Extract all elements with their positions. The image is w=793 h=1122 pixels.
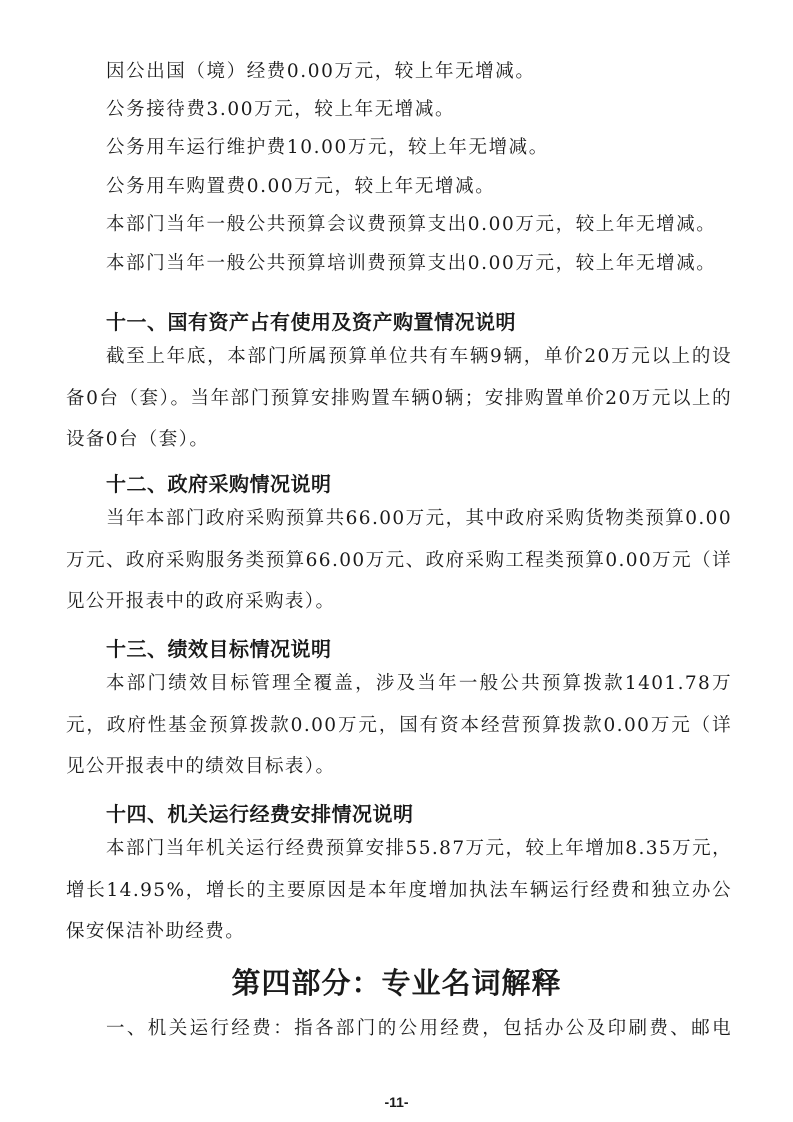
section-heading-state-assets: 十一、国有资产占有使用及资产购置情况说明 [106,309,516,335]
expense-line-overseas: 因公出国（境）经费0.00万元，较上年无增减。 [106,60,536,84]
section-body-operating-expenses: 本部门当年机关运行经费预算安排55.87万元，较上年增加8.35万元，增长14.… [66,828,732,953]
expense-line-vehicle-purchase: 公务用车购置费0.00万元，较上年无增减。 [106,175,495,199]
expense-line-training: 本部门当年一般公共预算培训费预算支出0.00万元，较上年无增减。 [106,252,716,276]
page-number: -11- [0,1093,793,1111]
section-body-state-assets: 截至上年底，本部门所属预算单位共有车辆9辆，单价20万元以上的设备0台（套）。当… [66,336,732,461]
document-page: 因公出国（境）经费0.00万元，较上年无增减。 公务接待费3.00万元，较上年无… [0,0,793,1122]
section-heading-government-procurement: 十二、政府采购情况说明 [106,471,332,497]
section-body-performance-targets: 本部门绩效目标管理全覆盖，涉及当年一般公共预算拨款1401.78万元，政府性基金… [66,663,732,788]
term-definition-operating-expenses: 一、机关运行经费：指各部门的公用经费，包括办公及印刷费、邮电 [106,1017,733,1041]
section-heading-performance-targets: 十三、绩效目标情况说明 [106,636,332,662]
part-four-title: 第四部分：专业名词解释 [0,965,793,1001]
expense-line-reception: 公务接待费3.00万元，较上年无增减。 [106,98,455,122]
expense-line-vehicle-maintenance: 公务用车运行维护费10.00万元，较上年无增减。 [106,136,549,160]
section-heading-operating-expenses: 十四、机关运行经费安排情况说明 [106,801,414,827]
section-body-government-procurement: 当年本部门政府采购预算共66.00万元，其中政府采购货物类预算0.00万元、政府… [66,498,732,623]
expense-line-meeting: 本部门当年一般公共预算会议费预算支出0.00万元，较上年无增减。 [106,213,716,237]
